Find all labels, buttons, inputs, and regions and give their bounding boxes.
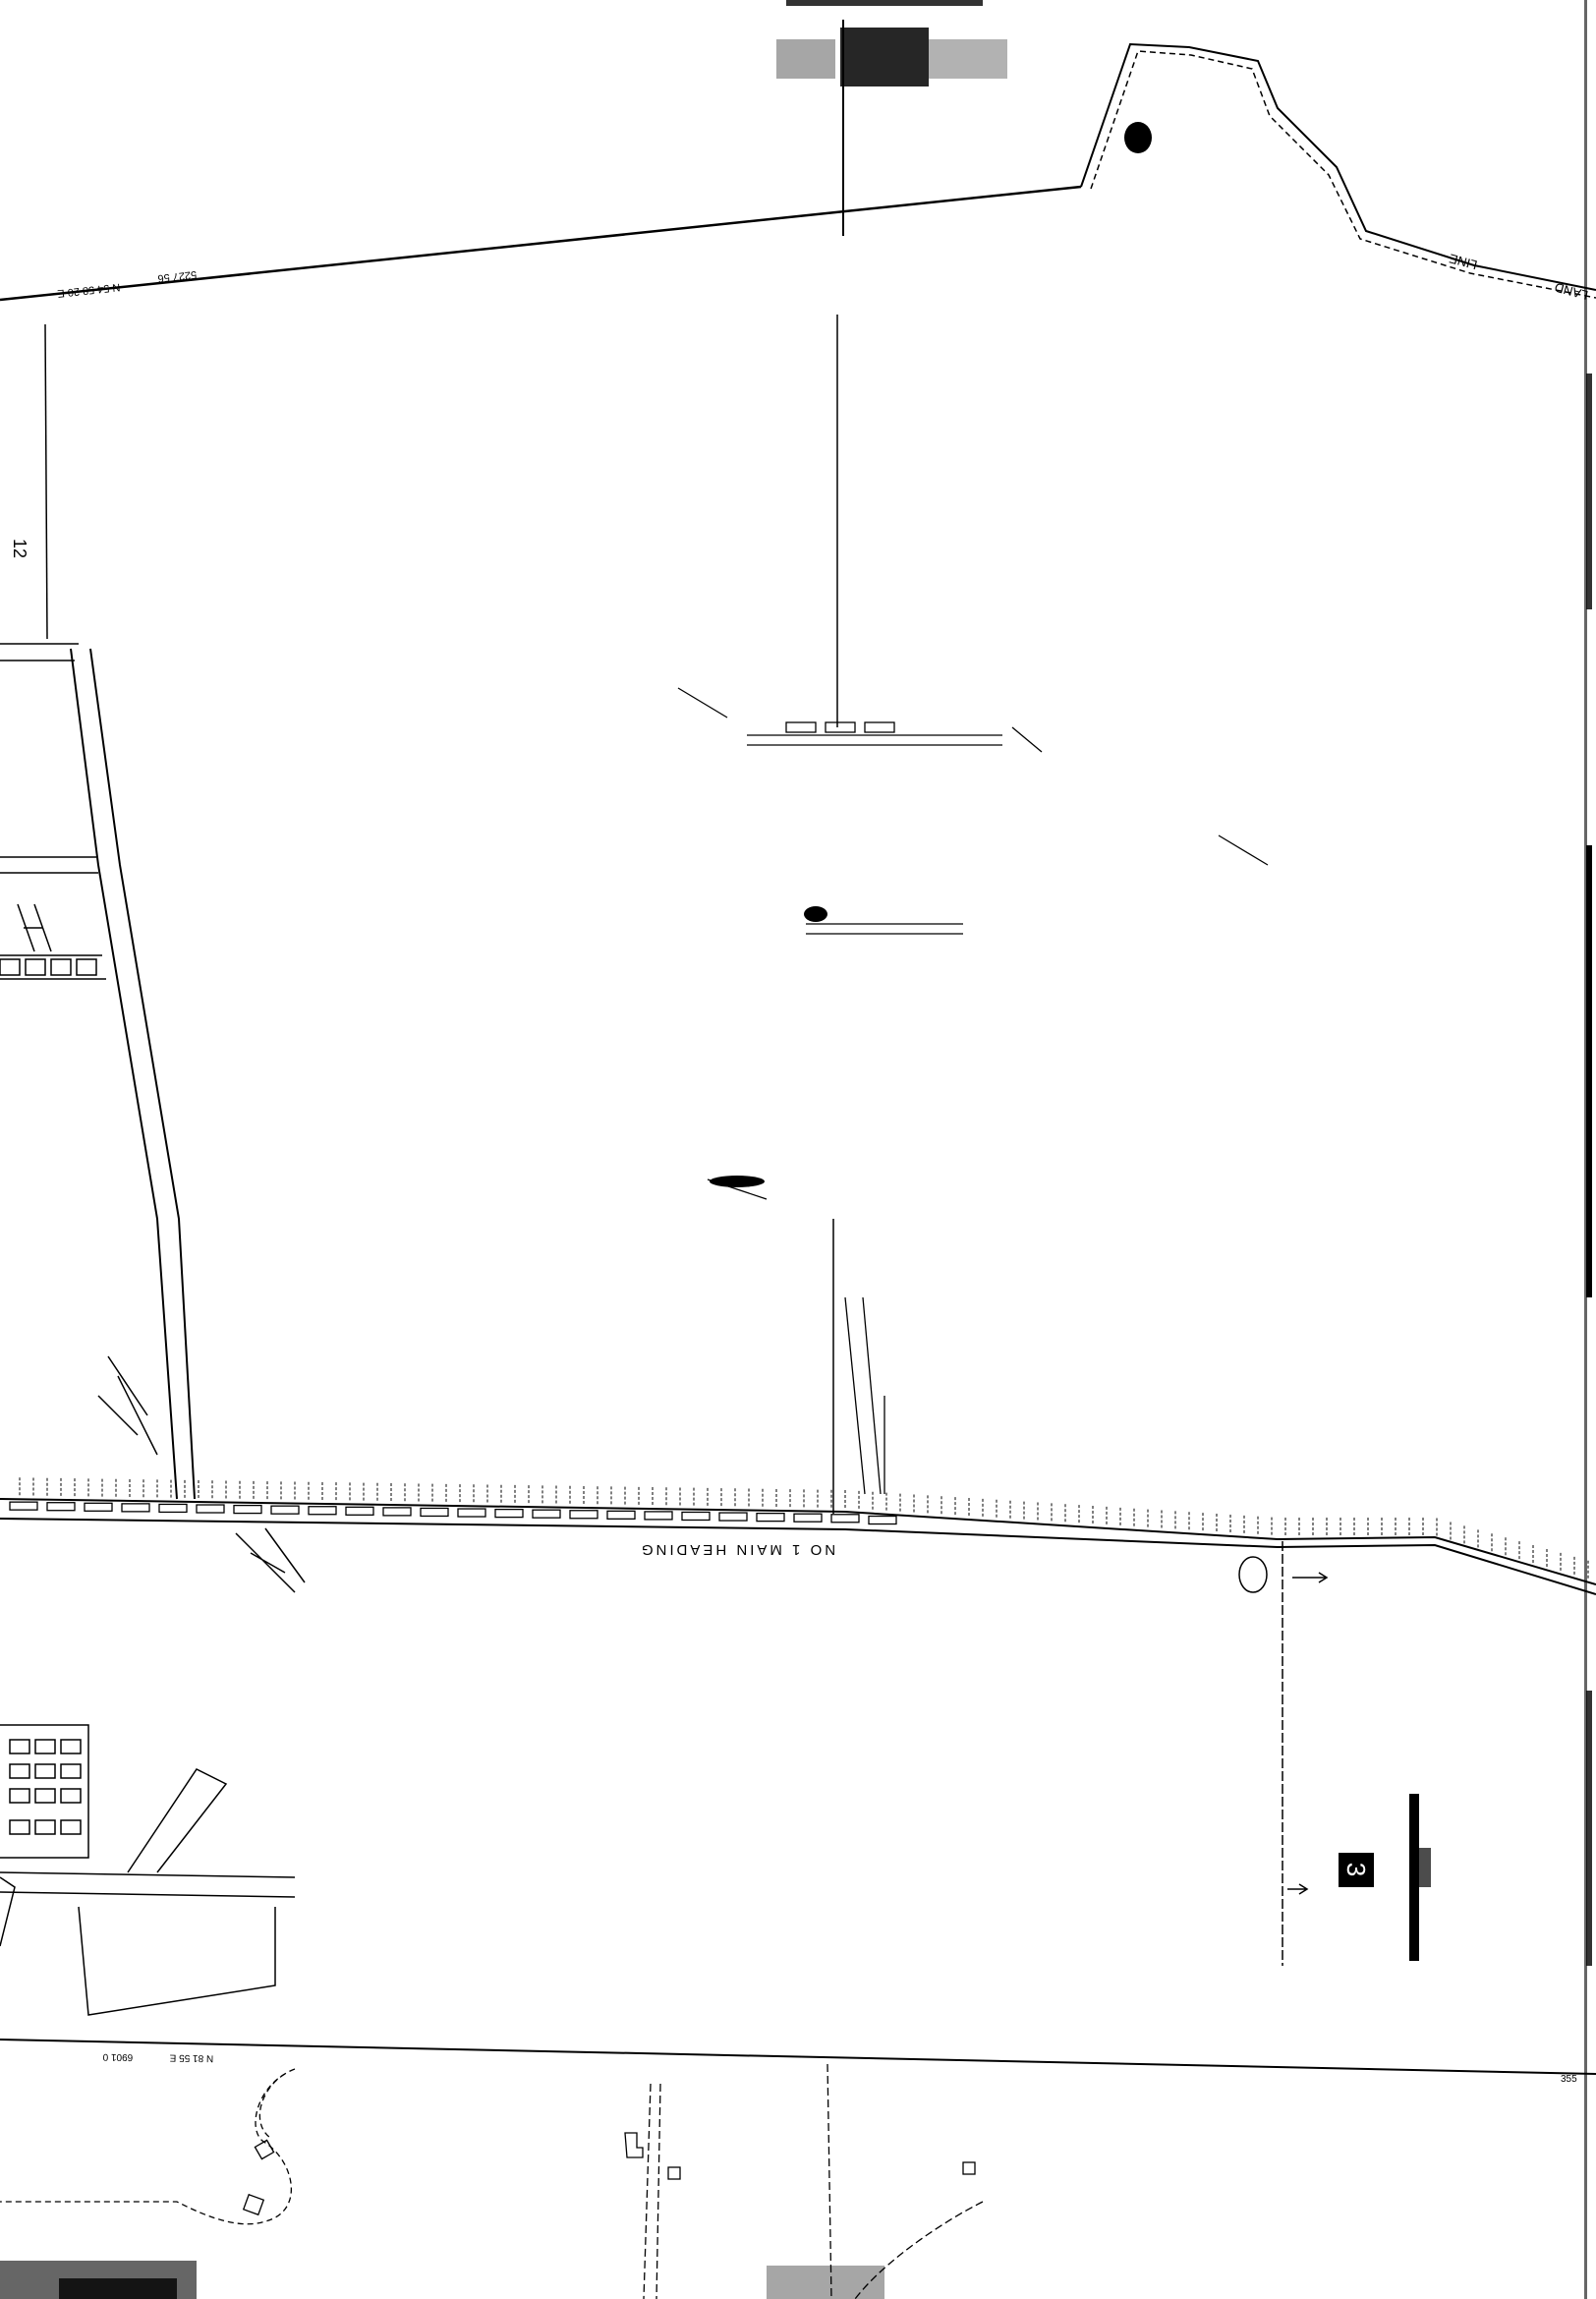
left-entry-workings <box>0 644 195 1499</box>
center-workings <box>678 688 1268 1494</box>
scan-noise-top <box>776 0 1007 86</box>
scan-noise-bottom <box>0 2261 884 2299</box>
left-edge-number: 12 <box>10 539 29 558</box>
land-line-label-b: LAND <box>1553 280 1589 303</box>
survey-line-center <box>833 20 843 1514</box>
main-heading-entry: NO 1 MAIN HEADING <box>0 1477 1596 1594</box>
bottom-boundary-line: 6901 0 N 81 55 E 355 <box>0 2040 1596 2085</box>
section-number-label: 3 <box>1341 1863 1371 1876</box>
right-edge-border <box>1584 0 1592 2299</box>
bottom-right-fragment: 355 <box>1561 2074 1577 2085</box>
bottom-bearing-label: N 81 55 E <box>169 2052 213 2064</box>
survey-line-right <box>1239 1541 1327 1966</box>
bottom-distance-label: 6901 0 <box>102 2051 133 2063</box>
top-distance-label: 5227 56 <box>157 268 198 284</box>
top-bearing-label: N 54 58 20 E <box>57 281 121 300</box>
top-boundary-line: 5227 56 N 54 58 20 E <box>0 187 1081 300</box>
mine-map: 5227 56 N 54 58 20 E LINE LAND 12 <box>0 0 1596 2299</box>
town-blocks <box>0 1725 295 2015</box>
land-line-label-a: LINE <box>1448 251 1479 272</box>
section-number-3: 3 <box>1339 1794 1431 1961</box>
land-line-boundary: LINE LAND <box>1081 44 1596 303</box>
main-heading-label: NO 1 MAIN HEADING <box>639 1541 835 1558</box>
